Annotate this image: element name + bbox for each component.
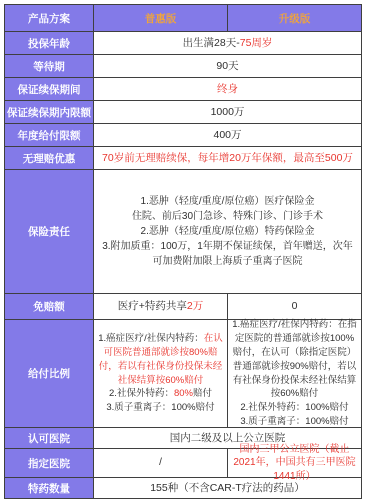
text-line: 住院、前后30门急诊、特殊门诊、门诊手术	[99, 209, 356, 224]
row-deductible: 免赔额医疗+特药共享2万0	[5, 293, 361, 319]
text-segment: 0	[292, 300, 298, 312]
text-segment: 2.恶肿（轻度/重度/原位癌）特药保险金	[141, 226, 315, 237]
text-segment: 1000万	[211, 106, 245, 118]
highlight-text: 2万	[187, 300, 203, 312]
text-segment: 医疗+特药共享	[118, 300, 187, 312]
row-label: 保险责任	[5, 170, 93, 293]
cell-value: 1.癌症医疗/社保内特药：在指定医院的普通部就诊按100%赔付，在认可（除指定医…	[227, 320, 361, 427]
cell-value: 1000万	[93, 101, 361, 123]
text-line: 出生满28天-75周岁	[99, 36, 356, 51]
text-line: 155种（不含CAR-T疗法的药品）	[99, 481, 356, 496]
cell-value: 70岁前无理赔续保，每年增20万年保额，最高至500万	[93, 147, 361, 169]
text-segment: 赔付	[193, 388, 212, 399]
header-plan-basic: 普惠版	[93, 5, 227, 31]
row-label: 保证续保期内限额	[5, 101, 93, 123]
row-label: 等待期	[5, 55, 93, 77]
highlight-text: 国内三甲公立医院（截止2021年，中国共有三甲医院1441所）	[233, 444, 355, 482]
text-line: 3.质子重离子：100%赔付	[98, 401, 223, 415]
cell-value: 出生满28天-75周岁	[93, 32, 361, 54]
text-segment: 2.社保外特药：100%赔付	[240, 402, 348, 413]
row-guaranteed-renewal: 保证续保期间终身	[5, 77, 361, 100]
text-line: 400万	[99, 128, 356, 143]
row-payout-ratio: 给付比例1.癌症医疗/社保内特药：在认可医院普通部就诊按80%赔付，若以有社保身…	[5, 319, 361, 427]
table-header-row: 产品方案 普惠版 升级版	[5, 5, 361, 31]
row-annual-limit: 年度给付限额400万	[5, 123, 361, 146]
cell-value: 国内三甲公立医院（截止2021年，中国共有三甲医院1441所）	[227, 449, 361, 477]
text-line: 1.癌症医疗/社保内特药：在认可医院普通部就诊按80%赔付，若以有社保身份投保未…	[98, 332, 223, 387]
row-label: 无理赔优惠	[5, 147, 93, 169]
product-comparison-table: 产品方案 普惠版 升级版 投保年龄出生满28天-75周岁等待期90天保证续保期间…	[4, 4, 362, 499]
cell-value: 医疗+特药共享2万	[93, 294, 227, 319]
row-label: 投保年龄	[5, 32, 93, 54]
text-line: 1.癌症医疗/社保内特药：在指定医院的普通部就诊按100%赔付，在认可（除指定医…	[232, 318, 357, 401]
highlight-text: 80%	[174, 388, 193, 399]
row-designated-hospitals: 指定医院/国内三甲公立医院（截止2021年，中国共有三甲医院1441所）	[5, 448, 361, 477]
header-plan-upgraded: 升级版	[227, 5, 361, 31]
text-line: 0	[233, 299, 356, 314]
row-label: 特药数量	[5, 478, 93, 498]
text-line: 90天	[99, 59, 356, 74]
text-line: 终身	[99, 82, 356, 97]
text-segment: 3.质子重离子：100%赔付	[106, 402, 214, 413]
text-segment: 155种（不含CAR-T疗法的药品）	[150, 482, 305, 494]
row-drug-count: 特药数量155种（不含CAR-T疗法的药品）	[5, 477, 361, 498]
text-segment: 400万	[213, 129, 241, 141]
row-label: 保证续保期间	[5, 78, 93, 100]
text-segment: 3.质子重离子：100%赔付	[240, 416, 348, 427]
cell-value: /	[93, 449, 227, 477]
highlight-text: 75周岁	[240, 37, 273, 49]
text-line: 70岁前无理赔续保，每年增20万年保额，最高至500万	[99, 151, 356, 166]
text-line: 医疗+特药共享2万	[99, 299, 222, 314]
text-segment: 1.癌症医疗/社保内特药：	[98, 333, 204, 344]
highlight-text: 终身	[217, 83, 238, 95]
cell-value: 400万	[93, 124, 361, 146]
text-line: 2.恶肿（轻度/重度/原位癌）特药保险金	[99, 224, 356, 239]
cell-value: 1.恶肿（轻度/重度/原位癌）医疗保险金住院、前后30门急诊、特殊门诊、门诊手术…	[93, 170, 361, 293]
text-line: 1000万	[99, 105, 356, 120]
text-segment: 2.社保外特药：	[109, 388, 174, 399]
row-label: 免赔额	[5, 294, 93, 319]
cell-value: 1.癌症医疗/社保内特药：在认可医院普通部就诊按80%赔付，若以有社保身份投保未…	[93, 320, 227, 427]
row-label: 认可医院	[5, 428, 93, 448]
text-segment: 1.癌症医疗/社保内特药：在指定医院的普通部就诊按100%赔付，在认可（除指定医…	[232, 319, 357, 399]
text-line: 1.恶肿（轻度/重度/原位癌）医疗保险金	[99, 194, 356, 209]
text-segment: 3.附加质重：100万，1年期不保证续保，首年赠送，次年可加费附加限上海质子重离…	[102, 241, 353, 267]
text-segment: 1.恶肿（轻度/重度/原位癌）医疗保险金	[141, 196, 315, 207]
row-no-claim-bonus: 无理赔优惠70岁前无理赔续保，每年增20万年保额，最高至500万	[5, 146, 361, 169]
row-label: 指定医院	[5, 449, 93, 477]
text-line: 2.社保外特药：100%赔付	[232, 401, 357, 415]
text-segment: 出生满28天-	[183, 37, 240, 49]
row-label: 给付比例	[5, 320, 93, 427]
cell-value: 90天	[93, 55, 361, 77]
text-segment: 住院、前后30门急诊、特殊门诊、门诊手术	[132, 211, 323, 222]
row-liability: 保险责任1.恶肿（轻度/重度/原位癌）医疗保险金住院、前后30门急诊、特殊门诊、…	[5, 169, 361, 293]
row-renewal-limit: 保证续保期内限额1000万	[5, 100, 361, 123]
row-waiting-period: 等待期90天	[5, 54, 361, 77]
cell-value: 155种（不含CAR-T疗法的药品）	[93, 478, 361, 498]
text-line: 3.附加质重：100万，1年期不保证续保，首年赠送，次年可加费附加限上海质子重离…	[99, 239, 356, 269]
cell-value: 终身	[93, 78, 361, 100]
header-product-plan: 产品方案	[5, 5, 93, 31]
cell-value: 0	[227, 294, 361, 319]
text-segment: /	[159, 457, 162, 468]
page: 产品方案 普惠版 升级版 投保年龄出生满28天-75周岁等待期90天保证续保期间…	[0, 0, 367, 500]
text-line: 2.社保外特药：80%赔付	[98, 387, 223, 401]
text-segment: 90天	[216, 60, 238, 72]
row-label: 年度给付限额	[5, 124, 93, 146]
highlight-text: 70岁前无理赔续保，每年增20万年保额，最高至500万	[102, 152, 353, 164]
row-insured-age: 投保年龄出生满28天-75周岁	[5, 31, 361, 54]
text-line: 3.质子重离子：100%赔付	[232, 415, 357, 429]
text-line: /	[99, 456, 222, 470]
